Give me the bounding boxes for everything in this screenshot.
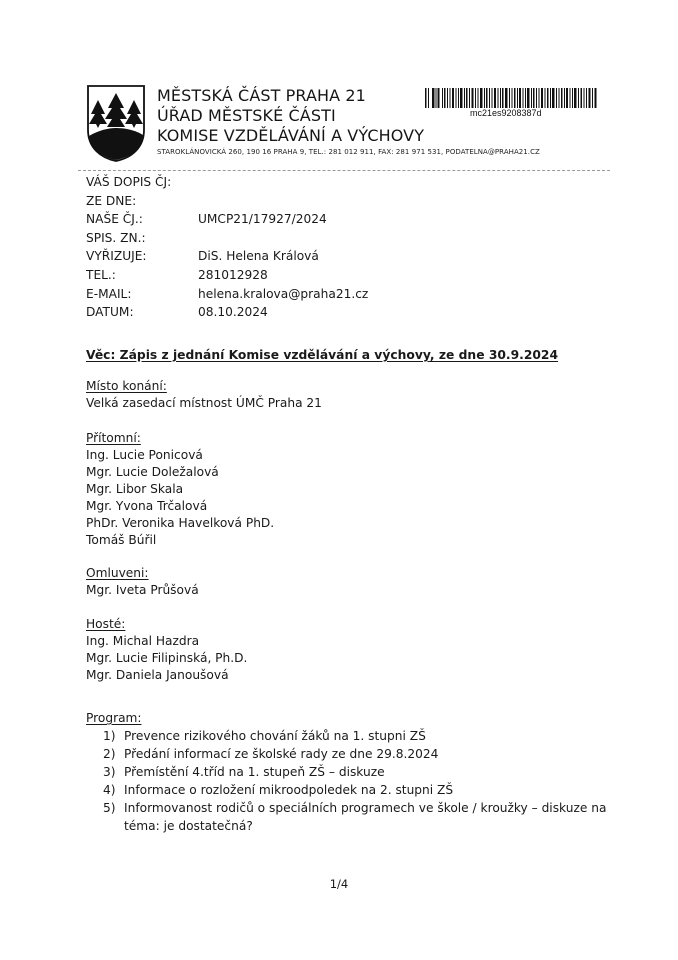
list-item: Tomáš Búřil xyxy=(86,532,274,549)
list-item: Ing. Michal Hazdra xyxy=(86,633,247,650)
barcode-icon xyxy=(425,88,597,108)
page-number: 1/4 xyxy=(0,877,678,891)
program-item-number: 5) xyxy=(103,799,116,817)
program-list: 1) Prevence rizikového chování žáků na 1… xyxy=(103,727,606,835)
document-subject: Věc: Zápis z jednání Komise vzdělávání a… xyxy=(86,347,558,364)
list-item: Mgr. Lucie Filipinská, Ph.D. xyxy=(86,650,247,667)
guests-heading: Hosté: xyxy=(86,616,125,633)
meta-value: DiS. Helena Králová xyxy=(198,247,319,266)
guests-list: Ing. Michal Hazdra Mgr. Lucie Filipinská… xyxy=(86,633,247,684)
meta-value: 281012928 xyxy=(198,266,268,285)
coat-of-arms-logo-icon xyxy=(85,84,147,162)
list-item: Mgr. Yvona Trčalová xyxy=(86,498,274,515)
excused-list: Mgr. Iveta Průšová xyxy=(86,582,199,599)
org-address: STAROKLÁNOVICKÁ 260, 190 16 PRAHA 9, TEL… xyxy=(157,148,540,156)
list-item: Mgr. Lucie Doležalová xyxy=(86,464,274,481)
program-item-text: Přemístění 4.tříd na 1. stupeň ZŠ – disk… xyxy=(124,765,385,779)
program-item-number: 1) xyxy=(103,727,116,745)
program-item: 1) Prevence rizikového chování žáků na 1… xyxy=(103,727,606,745)
org-name-line-2: ÚŘAD MĚSTSKÉ ČÁSTI xyxy=(157,106,336,125)
present-list: Ing. Lucie Ponicová Mgr. Lucie Doležalov… xyxy=(86,447,274,549)
meta-label: SPIS. ZN.: xyxy=(86,229,146,248)
program-item: 4) Informace o rozložení mikroodpoledek … xyxy=(103,781,606,799)
list-item: Ing. Lucie Ponicová xyxy=(86,447,274,464)
meta-label: TEL.: xyxy=(86,266,116,285)
meta-label: DATUM: xyxy=(86,303,134,322)
program-item: 3) Přemístění 4.tříd na 1. stupeň ZŠ – d… xyxy=(103,763,606,781)
list-item: Mgr. Libor Skala xyxy=(86,481,274,498)
list-item: Mgr. Iveta Průšová xyxy=(86,582,199,599)
program-item: 2) Předání informací ze školské rady ze … xyxy=(103,745,606,763)
program-item: 5) Informovanost rodičů o speciálních pr… xyxy=(103,799,606,835)
program-item-number: 3) xyxy=(103,763,116,781)
meta-label: NAŠE ČJ.: xyxy=(86,210,143,229)
list-item: PhDr. Veronika Havelková PhD. xyxy=(86,515,274,532)
meta-value: UMCP21/17927/2024 xyxy=(198,210,327,229)
meta-label: ZE DNE: xyxy=(86,192,136,211)
org-name-line-1: MĚSTSKÁ ČÁST PRAHA 21 xyxy=(157,86,366,105)
program-heading: Program: xyxy=(86,710,142,727)
meta-label: VÁŠ DOPIS ČJ: xyxy=(86,173,171,192)
program-item-text: Informovanost rodičů o speciálních progr… xyxy=(124,801,606,815)
venue-heading: Místo konání: xyxy=(86,378,167,395)
meta-value: helena.kralova@praha21.cz xyxy=(198,285,368,304)
header-separator xyxy=(78,170,610,171)
venue-value: Velká zasedací místnost ÚMČ Praha 21 xyxy=(86,395,322,412)
meta-label: E-MAIL: xyxy=(86,285,131,304)
meta-value: 08.10.2024 xyxy=(198,303,268,322)
program-item-text-continued: téma: je dostatečná? xyxy=(124,819,253,833)
program-item-text: Informace o rozložení mikroodpoledek na … xyxy=(124,783,453,797)
program-item-text: Předání informací ze školské rady ze dne… xyxy=(124,747,438,761)
program-item-number: 4) xyxy=(103,781,116,799)
program-item-text: Prevence rizikového chování žáků na 1. s… xyxy=(124,729,426,743)
meta-label: VYŘIZUJE: xyxy=(86,247,147,266)
present-heading: Přítomní: xyxy=(86,430,141,447)
program-item-number: 2) xyxy=(103,745,116,763)
barcode-label: mc21es9208387d xyxy=(470,108,542,118)
org-name-line-3: KOMISE VZDĚLÁVÁNÍ A VÝCHOVY xyxy=(157,126,424,145)
excused-heading: Omluveni: xyxy=(86,565,149,582)
list-item: Mgr. Daniela Janoušová xyxy=(86,667,247,684)
